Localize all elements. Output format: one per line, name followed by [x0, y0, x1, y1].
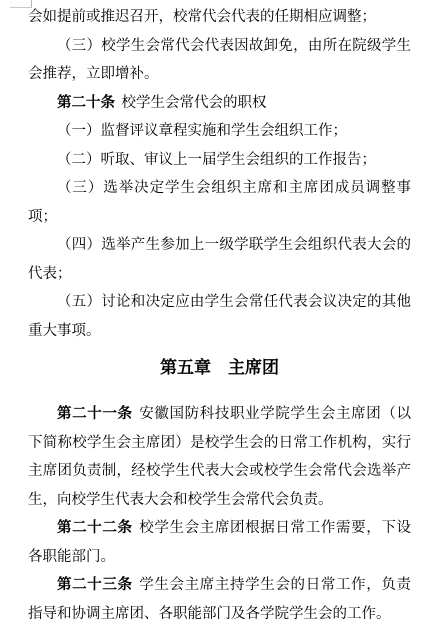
text-line: 指导和协调主席团、各职能部门及各学院学生会的工作。 — [28, 600, 411, 629]
text-line: （四）选举产生参加上一级学联学生会组织代表大会的 — [28, 231, 411, 260]
article-23-line: 第二十三条学生会主席主持学生会的日常工作，负责 — [28, 571, 411, 600]
article-number: 第二十三条 — [57, 577, 133, 593]
article-text: 校学生会主席团根据日常工作需要，下设 — [139, 520, 411, 536]
article-title: 校学生会常代会的职权 — [122, 95, 267, 111]
text-line: 项； — [28, 203, 411, 232]
text-line: 重大事项。 — [28, 317, 411, 346]
article-20-line: 第二十条校学生会常代会的职权 — [28, 89, 411, 118]
text-line: 生，向校学生代表大会和校学生会常代会负责。 — [28, 486, 411, 515]
article-number: 第二十二条 — [57, 520, 133, 536]
article-text: 学生会主席主持学生会的日常工作，负责 — [139, 577, 411, 593]
text-line: 会推荐，立即增补。 — [28, 60, 411, 89]
text-line: （一）监督评议章程实施和学生会组织工作； — [28, 117, 411, 146]
text-line: （三）选举决定学生会组织主席和主席团成员调整事 — [28, 174, 411, 203]
article-22-line: 第二十二条校学生会主席团根据日常工作需要，下设 — [28, 514, 411, 543]
article-text: 安徽国防科技职业学院学生会主席团（以 — [139, 406, 411, 422]
text-line: （三）校学生会常代会代表因故卸免，由所在院级学生 — [28, 32, 411, 61]
text-line: （二）听取、审议上一届学生会组织的工作报告； — [28, 146, 411, 175]
text-line: 下简称校学生会主席团）是校学生会的日常工作机构，实行 — [28, 429, 411, 458]
text-line: 各职能部门。 — [28, 543, 411, 572]
text-line: 代表； — [28, 260, 411, 289]
article-21-line: 第二十一条安徽国防科技职业学院学生会主席团（以 — [28, 400, 411, 429]
table-border-artifact — [10, 0, 32, 8]
article-number: 第二十条 — [57, 95, 115, 111]
text-line: 主席团负责制，经校学生代表大会或校学生会常代会选举产 — [28, 457, 411, 486]
text-line: 会如提前或推迟召开，校常代会代表的任期相应调整； — [28, 3, 411, 32]
article-number: 第二十一条 — [57, 406, 133, 422]
document-page: 会如提前或推迟召开，校常代会代表的任期相应调整； （三）校学生会常代会代表因故卸… — [0, 0, 436, 639]
chapter-heading: 第五章 主席团 — [28, 353, 411, 383]
text-line: （五）讨论和决定应由学生会常任代表会议决定的其他 — [28, 288, 411, 317]
